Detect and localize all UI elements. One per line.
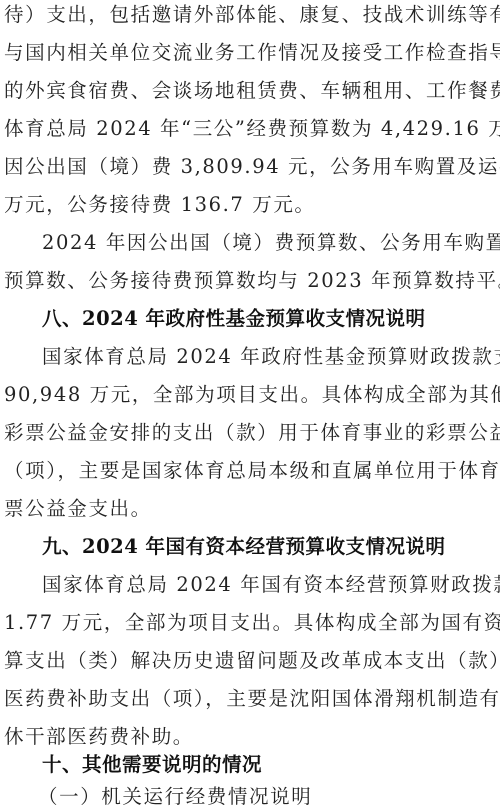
paragraph-line: 2024 年因公出国（境）费预算数、公务用车购置及运行费 <box>42 230 498 256</box>
paragraph-line: 1.77 万元，全部为项目支出。具体构成全部为国有资本经营预 <box>4 610 498 636</box>
paragraph-line: 预算数、公务接待费预算数均与 2023 年预算数持平。 <box>4 268 498 294</box>
paragraph-line: 万元，公务接待费 136.7 万元。 <box>4 192 498 218</box>
paragraph-line: 彩票公益金安排的支出（款）用于体育事业的彩票公益金支出 <box>4 420 498 446</box>
paragraph-line: 待）支出，包括邀请外部体能、康复、技战术训练等有关专家、 <box>4 2 498 28</box>
paragraph-line: 的外宾食宿费、会谈场地租赁费、车辆租用、工作餐费等。国家 <box>4 78 498 104</box>
paragraph-line: 90,948 万元，全部为项目支出。具体构成全部为其他支出（类） <box>4 382 498 408</box>
document-page: 待）支出，包括邀请外部体能、康复、技战术训练等有关专家、 与国内相关单位交流业务… <box>0 0 500 806</box>
section-heading-8: 八、2024 年政府性基金预算收支情况说明 <box>42 306 426 332</box>
section-heading-9: 九、2024 年国有资本经营预算收支情况说明 <box>42 534 446 560</box>
subsection-heading: （一）机关运行经费情况说明 <box>38 784 312 806</box>
paragraph-line: 国家体育总局 2024 年国有资本经营预算财政拨款支出预算 <box>42 572 498 598</box>
paragraph-line: 票公益金支出。 <box>4 496 498 522</box>
paragraph-line: 国家体育总局 2024 年政府性基金预算财政拨款支出预算 <box>42 344 498 370</box>
paragraph-line: 算支出（类）解决历史遗留问题及改革成本支出（款）离休干部 <box>4 648 498 674</box>
section-heading-10: 十、其他需要说明的情况 <box>42 752 262 778</box>
paragraph-line: 体育总局 2024 年“三公”经费预算数为 4,429.16 万元，其中： <box>4 116 498 142</box>
paragraph-line: 与国内相关单位交流业务工作情况及接受工作检查指导等发生 <box>4 40 498 66</box>
paragraph-line: 医药费补助支出（项），主要是沈阳国体滑翔机制造有限公司离 <box>4 686 498 712</box>
paragraph-line: 休干部医药费补助。 <box>4 724 498 750</box>
paragraph-line: （项），主要是国家体育总局本级和直属单位用于体育事业的彩 <box>4 458 498 484</box>
paragraph-line: 因公出国（境）费 3,809.94 元，公务用车购置及运行费 482.52 <box>4 154 498 180</box>
